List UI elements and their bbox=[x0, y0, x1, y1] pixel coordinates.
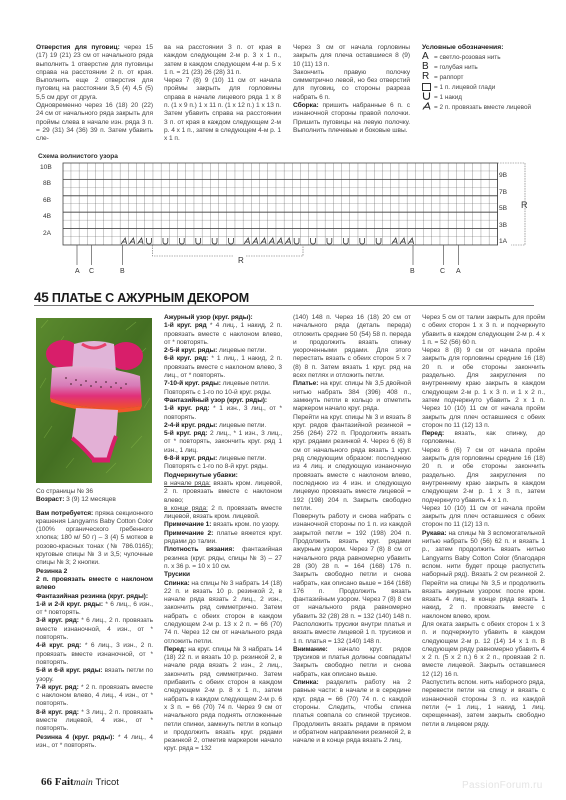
row-label-4b: 4B bbox=[43, 213, 51, 220]
fancy-row-1: 1-й круг. ряд: * 1 изн., 3 лиц., от * по… bbox=[164, 405, 282, 422]
row-label-2a: 2A bbox=[43, 230, 51, 237]
dress-cast-on: Платье: на круг. спицы № 3,5 двойной нит… bbox=[293, 380, 411, 413]
assembly-paragraph: Сборка: пришить набранные 6 п. с изнаноч… bbox=[293, 102, 410, 135]
side-repeat-label: R bbox=[521, 200, 528, 210]
legend-item-yarn-over: = 1 накид bbox=[422, 92, 562, 102]
row-label-3b: 3B bbox=[499, 222, 507, 229]
magazine-logo: Faitmain bbox=[55, 776, 93, 788]
watermark: PassionForum.ru bbox=[462, 780, 543, 791]
top-column-3: Через 3 см от начала горловины закрыть д… bbox=[293, 44, 410, 135]
marker-a-left: A bbox=[75, 268, 80, 275]
dress-front: Перед: вязать, как спинку, до горловины. bbox=[422, 430, 545, 447]
dress-back: Спинка: разделить работу на 2 равные час… bbox=[293, 679, 411, 745]
row-label-1a: 1A bbox=[499, 238, 507, 245]
panties-heading: Трусики bbox=[164, 571, 282, 579]
panties-back: Спинка: на спицы № 3 набрать 14 (18) 22 … bbox=[164, 580, 282, 646]
fancy-rib-heading: Фантазийная резинка (круг. ряды): bbox=[36, 593, 153, 601]
dress-lace-paragraph: Повернуть работу и снова набрать с изнан… bbox=[293, 513, 411, 646]
sleeve-cap-paragraph: Для оката закрыть с обеих сторон 1 х 3 п… bbox=[422, 621, 545, 679]
sleeves: Рукава: на спицы № 3 вспомогательной нит… bbox=[422, 530, 545, 621]
lace-row-7-10: 7-10-й круг. ряды: лицевые петли. bbox=[164, 380, 282, 388]
fancy-row-2-4: 2-4-й круг. ряды: лицевые петли. bbox=[164, 422, 282, 430]
column-c: (140) 148 п. Через 16 (18) 20 см от нача… bbox=[293, 314, 411, 745]
neckline-paragraph: Через 7 (8) 9 (10) 11 см от начала пройм… bbox=[164, 77, 281, 143]
front-neckline-paragraph: Через 6 (6) 7 см от начала пройм закрыть… bbox=[422, 447, 545, 505]
fancy-repeat: Повторять с 1-го по 8-й круг. ряды. bbox=[164, 463, 282, 471]
marker-b-right: B bbox=[410, 268, 415, 275]
fancy-rib-row-3: 3-й круг. ряд: * 6 лиц., 2 п. провязать … bbox=[36, 617, 153, 642]
armhole-paragraph: Одновременно через 16 (18) 20 (22) 24 см… bbox=[36, 102, 153, 143]
right-front-paragraph: Закончить правую полочку симметрично лев… bbox=[293, 69, 410, 102]
from-page: Со страницы № 36 bbox=[36, 488, 153, 496]
legend-item-r: R = раппорт bbox=[422, 72, 562, 82]
page-number: 66 bbox=[41, 776, 52, 788]
chart-title: Схема волнистого узора bbox=[38, 153, 118, 160]
row-label-9b: 9B bbox=[499, 172, 507, 179]
back-neckline-paragraph: Через 8 (8) 9 см от начала пройм закрыть… bbox=[422, 347, 545, 430]
row-label-5b: 5B bbox=[499, 205, 507, 212]
decrease-heading: 2 п. провязать вместе с наклоном влево bbox=[36, 576, 153, 593]
attention-note: Внимание: начало круг. рядов трусиков и … bbox=[293, 646, 411, 679]
row-label-6b: 6B bbox=[43, 197, 51, 204]
marker-a-right: A bbox=[456, 268, 461, 275]
pattern-number: 45 bbox=[34, 290, 49, 305]
short-rows-paragraph: (140) 148 п. Через 16 (18) 20 см от нача… bbox=[293, 314, 411, 380]
fancy-rib-row-1-2: 1-й и 2-й круг. ряды: * 6 лиц., 6 изн., … bbox=[36, 601, 153, 618]
page-footer: 66 Faitmain Tricot bbox=[41, 776, 119, 788]
marker-c-right: C bbox=[440, 268, 445, 275]
panties-front: Перед: на круг. спицы № 3 набрать 14 (18… bbox=[164, 646, 282, 754]
dress-rib-paragraph: Перейти на круг. спицы № 3 и вязать 8 кр… bbox=[293, 414, 411, 514]
decrease-start: в начале ряда: вязать кром. лицевой, 2 п… bbox=[164, 480, 282, 505]
row-label-8b: 8B bbox=[43, 180, 51, 187]
left-column: Со страницы № 36 Возраст: 3 (9) 12 месяц… bbox=[36, 488, 153, 750]
title-divider bbox=[34, 305, 534, 306]
row-label-7b: 7B bbox=[499, 189, 507, 196]
top-column-1: Отверстия для пуговиц: через 15 (17) 19 … bbox=[36, 44, 153, 144]
row-label-10b: 10B bbox=[40, 164, 52, 171]
repeat-label: R bbox=[236, 256, 246, 265]
fancy-rib-row-7: 7-й круг. ряд: * 2 п. провязать вместе с… bbox=[36, 684, 153, 709]
lace-row-1: 1-й круг. ряд * 4 лиц., 1 накид, 2 п. пр… bbox=[164, 322, 282, 347]
pattern-title: 45 ПЛАТЬЕ С АЖУРНЫМ ДЕКОРОМ bbox=[34, 290, 249, 305]
lace-row-6: 6-й круг. ряд: * 1 лиц., 1 накид, 2 п. п… bbox=[164, 355, 282, 380]
letter-r-icon: R bbox=[422, 72, 434, 82]
legend-item-k2tog: = 2 п. провязать вместе лицевой bbox=[422, 102, 562, 112]
rib4: Резинка 4 (круг. ряды): * 4 лиц., 4 изн.… bbox=[36, 734, 153, 751]
marker-c-left: C bbox=[89, 268, 94, 275]
armhole-paragraph-d: Через 5 см от талии закрыть для пройм с … bbox=[422, 314, 545, 347]
legend-item-a: A = светло-розовая нить bbox=[422, 52, 562, 62]
underlined-decreases-heading: Подчеркнутые убавки: bbox=[164, 472, 282, 480]
magazine-subtitle: Tricot bbox=[96, 777, 119, 788]
shoulder-paragraph: Через 3 см от начала горловины закрыть д… bbox=[293, 44, 410, 69]
k2tog-icon bbox=[422, 102, 434, 113]
legend-item-knit-stitch: = 1 п. лицевой глади bbox=[422, 82, 562, 92]
rib2-heading: Резинка 2 bbox=[36, 568, 153, 576]
age-line: Возраст: 3 (9) 12 месяцев bbox=[36, 496, 153, 504]
decrease-paragraph: ва на расстоянии 3 п. от края в каждом с… bbox=[164, 44, 281, 77]
fancy-rib-row-8: 8-й круг. ряд: * 3 лиц., 2 п. провязать … bbox=[36, 709, 153, 734]
dress-photo bbox=[36, 318, 152, 483]
marker-b-left: B bbox=[120, 268, 125, 275]
buttonhole-paragraph: Отверстия для пуговиц: через 15 (17) 19 … bbox=[36, 44, 153, 102]
pattern-name: ПЛАТЬЕ С АЖУРНЫМ ДЕКОРОМ bbox=[52, 291, 249, 305]
lace-repeat: Повторять с 1-го по 10-й круг. ряды. bbox=[164, 389, 282, 397]
legend-title: Условные обозначения: bbox=[422, 44, 562, 51]
note-2: Примечание 2: платье вяжется круг. рядам… bbox=[164, 530, 282, 547]
column-b: Ажурный узор (круг. ряды): 1-й круг. ряд… bbox=[164, 314, 282, 754]
column-d: Через 5 см от талии закрыть для пройм с … bbox=[422, 314, 545, 729]
materials: Вам потребуется: пряжа секционного краше… bbox=[36, 510, 153, 568]
legend: Условные обозначения: A = светло-розовая… bbox=[422, 44, 562, 112]
fancy-rib-row-4: 4-й круг. ряд: * 6 лиц., 3 изн., 2 п. пр… bbox=[36, 642, 153, 667]
fancy-row-5: 5-й круг. ряд: 2 лиц., * 1 изн., 3 лиц.,… bbox=[164, 430, 282, 455]
empty-square-icon bbox=[422, 83, 431, 91]
gauge: Плотность вязания: фантазийная резинка (… bbox=[164, 546, 282, 571]
top-column-2: ва на расстоянии 3 п. от края в каждом с… bbox=[164, 44, 281, 144]
fancy-rib-row-5-6: 5-й и 6-й круг. ряды: вязать петли по уз… bbox=[36, 667, 153, 684]
front-shoulder-paragraph: Через 10 (10) 11 см от начала пройм закр… bbox=[422, 505, 545, 530]
sleeve-finish-paragraph: Распустить вспом. нить наборного ряда, п… bbox=[422, 679, 545, 729]
note-1: Примечание 1: вязать кром. по узору. bbox=[164, 521, 282, 529]
decrease-end: в конце ряда: 2 п. провязать вместе лице… bbox=[164, 505, 282, 522]
legend-item-b: B = голубая нить bbox=[422, 62, 562, 72]
